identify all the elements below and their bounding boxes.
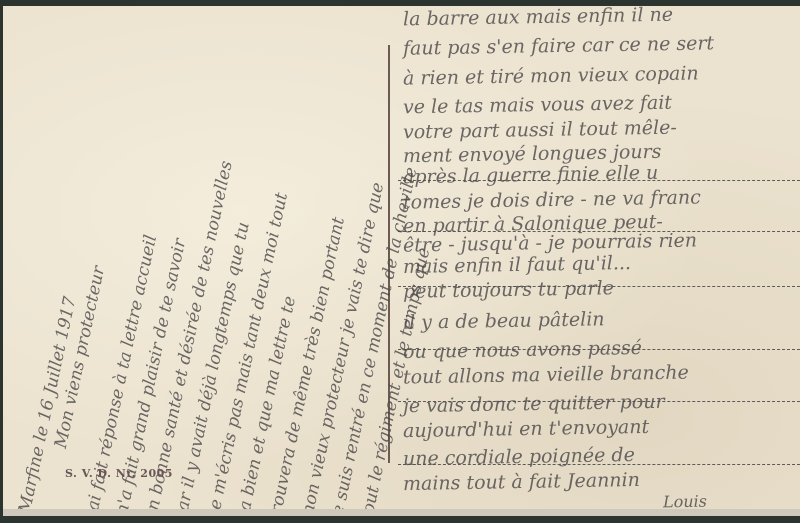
handwritten-line: à rien et tiré mon vieux copain [403,62,699,89]
postcard: Marfine le 16 Juillet 1917 Mon viens pro… [3,6,800,516]
printer-mark: S. V. D. Nr. 2005 [65,467,173,480]
handwritten-line: ve le tas mais vous avez fait [403,92,672,119]
handwritten-line: mais enfin il faut qu'il... [403,252,631,278]
handwritten-line: il y a de beau pâtelin [403,308,605,334]
handwritten-line: après la guerre finie elle u [403,162,659,188]
handwritten-line: mains tout à fait Jeannin [403,469,640,495]
card-edge [3,509,800,516]
handwritten-line: une cordiale poignée de [403,444,635,470]
handwritten-line: tout allons ma vieille branche [403,362,689,389]
handwritten-line: ou que nous avons passé [403,337,642,363]
handwritten-line: la barre aux mais enfin il ne [403,6,673,30]
handwritten-line: peut toujours tu parle [403,277,614,303]
handwritten-line: tomes je dois dire - ne va franc [403,186,701,213]
handwritten-line: aujourd'hui en t'envoyant [403,416,650,442]
handwritten-line: votre part aussi il tout mêle- [403,117,677,144]
handwritten-line: faut pas s'en faire car ce ne sert [403,32,714,59]
handwritten-line: je vais donc te quitter pour [403,391,665,418]
